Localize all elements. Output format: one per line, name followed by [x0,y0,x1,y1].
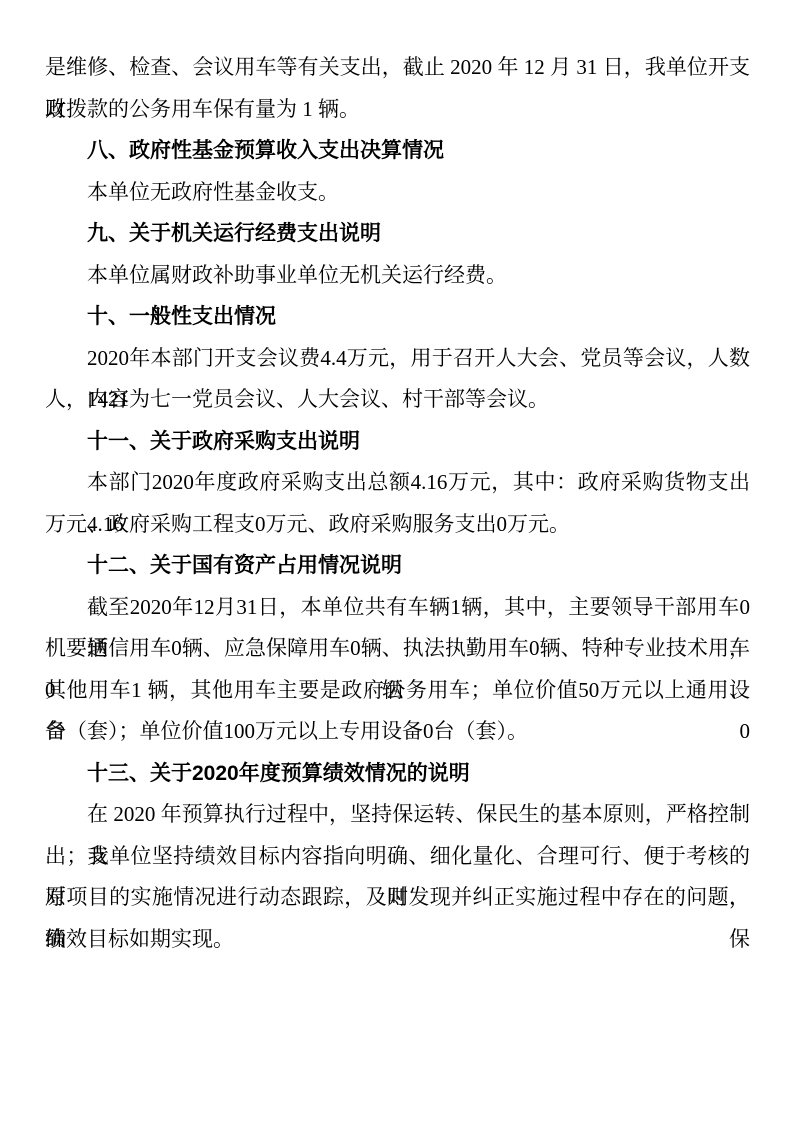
section-heading: 八、政府性基金预算收入支出决算情况 [45,130,750,172]
paragraph-line: 本部门2020年度政府采购支出总额4.16万元，其中：政府采购货物支出4.16 [45,462,750,504]
paragraph-line: 2020年本部门开支会议费4.4万元，用于召开人大会、党员等会议，人数1421 [45,338,750,380]
paragraph-line: 对项目的实施情况进行动态跟踪，及时发现并纠正实施过程中存在的问题，确保 [45,877,750,919]
section-heading: 十一、关于政府采购支出说明 [45,421,750,463]
section-heading: 九、关于机关运行经费支出说明 [45,213,750,255]
paragraph-line: 机要通信用车0辆、应急保障用车0辆、执法执勤用车0辆、特种专业技术用车0辆、 [45,628,750,670]
paragraph-line: 是维修、检查、会议用车等有关支出，截止 2020 年 12 月 31 日，我单位… [45,47,750,89]
paragraph-line: 政拨款的公务用车保有量为 1 辆。 [45,89,750,131]
section-heading: 十、一般性支出情况 [45,296,750,338]
paragraph-line: 其他用车1 辆，其他用车主要是政府公务用车；单位价值50万元以上通用设备0 [45,670,750,712]
paragraph-line: 在 2020 年预算执行过程中，坚持保运转、保民生的基本原则，严格控制支 [45,794,750,836]
paragraph-line: 本单位无政府性基金收支。 [45,172,750,214]
paragraph-line: 截至2020年12月31日，本单位共有车辆1辆，其中，主要领导干部用车0 辆， [45,587,750,629]
paragraph-line: 出；我单位坚持绩效目标内容指向明确、细化量化、合理可行、便于考核的原则， [45,836,750,878]
document-page: 是维修、检查、会议用车等有关支出，截止 2020 年 12 月 31 日，我单位… [0,0,793,1122]
paragraph-line: 人，内容为七一党员会议、人大会议、村干部等会议。 [45,379,750,421]
paragraph-line: 万元、政府采购工程支0万元、政府采购服务支出0万元。 [45,504,750,546]
paragraph-line: 本单位属财政补助事业单位无机关运行经费。 [45,255,750,297]
section-heading: 十三、关于2020年度预算绩效情况的说明 [45,753,750,795]
document-content: 是维修、检查、会议用车等有关支出，截止 2020 年 12 月 31 日，我单位… [45,47,750,960]
section-heading: 十二、关于国有资产占用情况说明 [45,545,750,587]
